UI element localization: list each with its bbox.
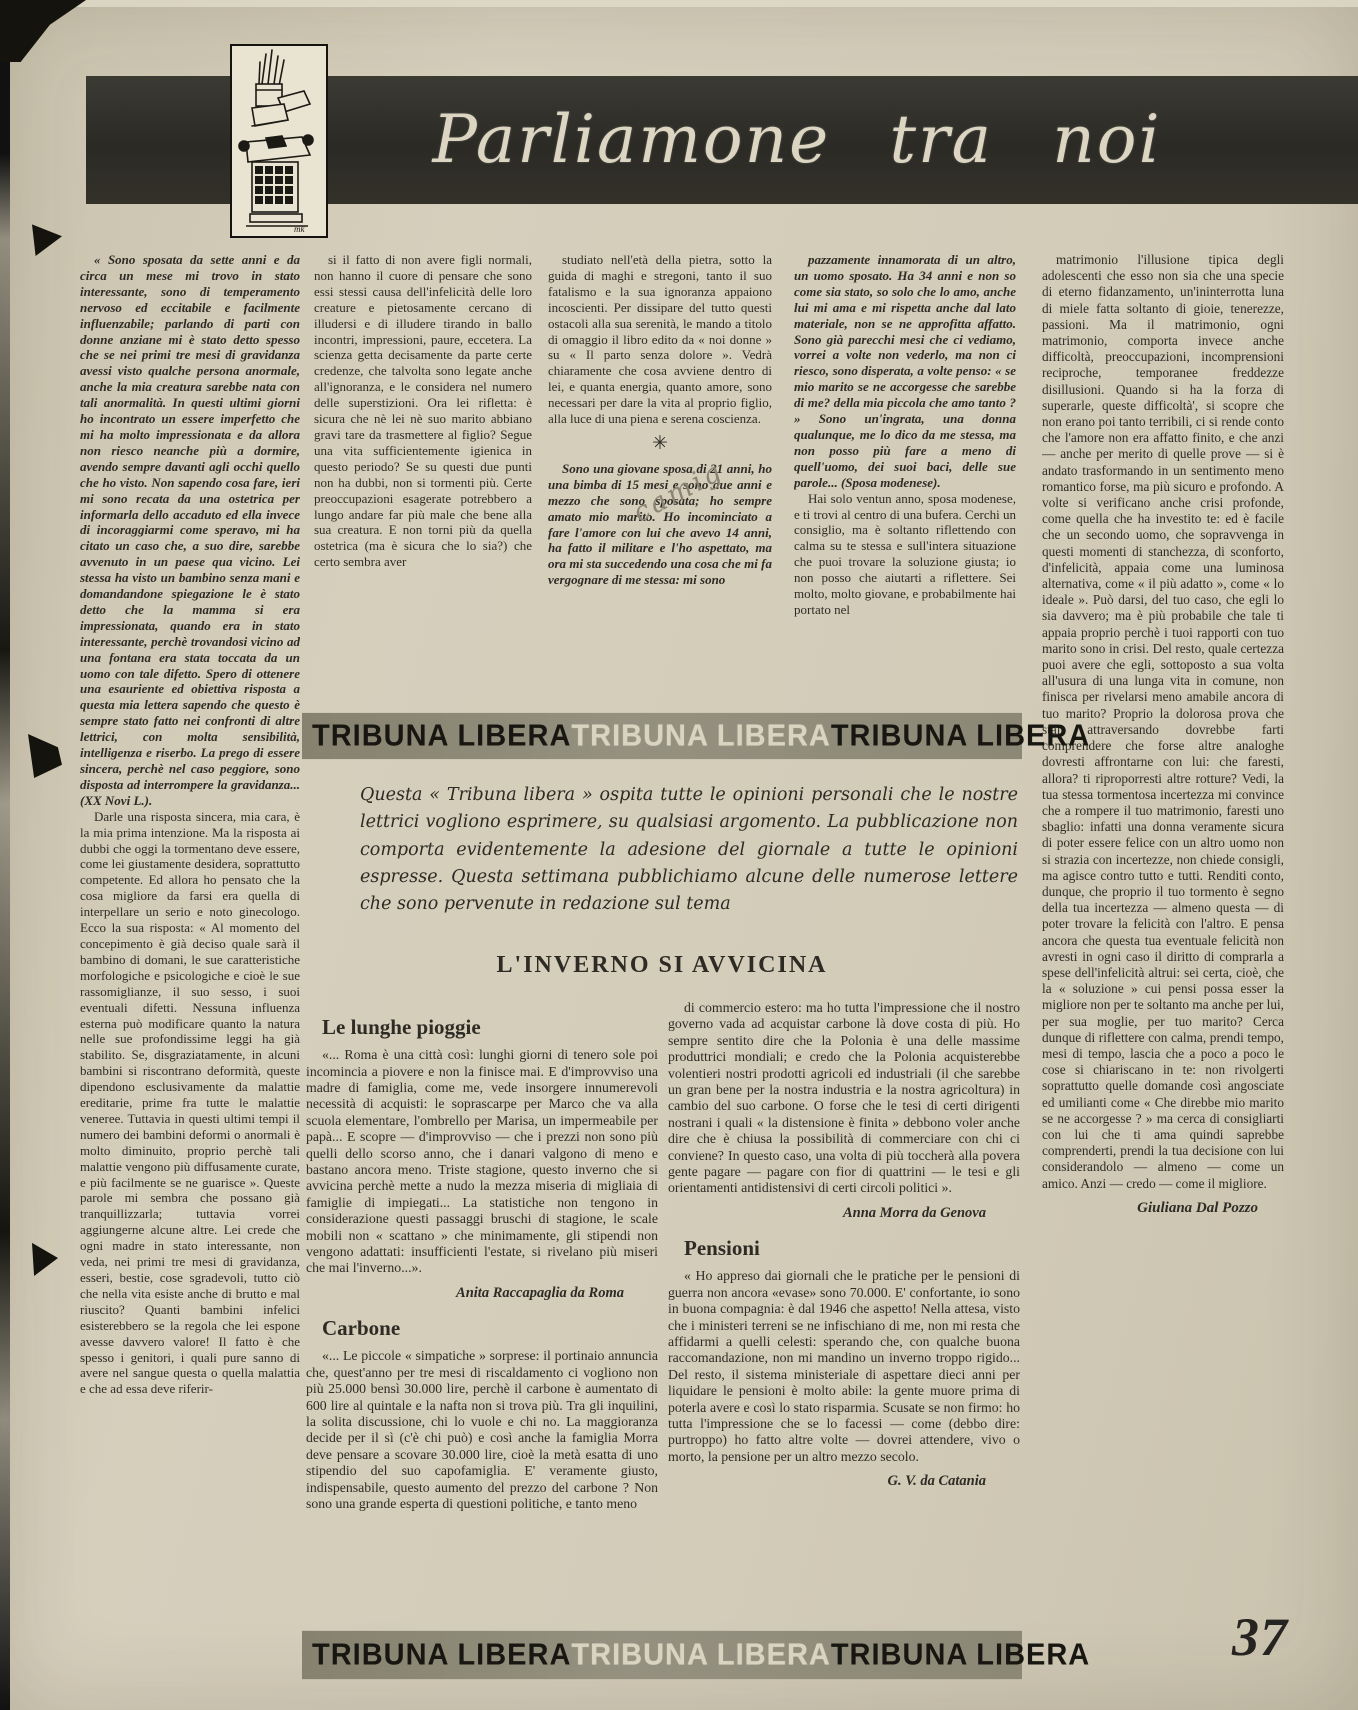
advice-column-1: « Sono sposata da sette anni e da circa … — [80, 252, 300, 1668]
signature: Giuliana Dal Pozzo — [1042, 1200, 1258, 1216]
artist-mark: mk — [294, 224, 305, 234]
tribuna-band-label: TRIBUNA LIBERA — [312, 719, 571, 754]
ink-blot — [32, 1240, 58, 1276]
typewriter-illustration: mk — [230, 44, 328, 238]
signature: Anna Morra da Genova — [668, 1205, 986, 1221]
tribuna-band-label: TRIBUNA LIBERA — [312, 1638, 571, 1673]
tribuna-band-label: TRIBUNA LIBERA — [831, 1638, 1090, 1673]
ink-blot — [32, 220, 62, 256]
paragraph: di commercio estero: ma ho tutta l'impre… — [668, 1000, 1020, 1197]
paragraph: «... Roma è una città così: lunghi giorn… — [306, 1047, 658, 1277]
letter-subheading: Pensioni — [668, 1237, 1020, 1260]
tribuna-libera-banner-top: TRIBUNA LIBERA TRIBUNA LIBERA TRIBUNA LI… — [302, 713, 1022, 759]
tribuna-intro-text: Questa « Tribuna libera » ospita tutte l… — [360, 782, 1018, 918]
paragraph: Hai solo ventun anno, sposa modenese, e … — [794, 491, 1016, 618]
paragraph: pazzamente innamorata di un altro, un uo… — [794, 252, 1016, 491]
page-number: 37 — [1232, 1606, 1288, 1668]
tribuna-band-label: TRIBUNA LIBERA — [831, 719, 1090, 754]
paper-top-edge — [0, 0, 1358, 7]
torn-corner-mark — [0, 0, 86, 62]
advice-column-4: pazzamente innamorata di un altro, un uo… — [794, 252, 1016, 718]
signature: Anita Raccapaglia da Roma — [306, 1285, 624, 1301]
paragraph: «... Le piccole « simpatiche » sorprese:… — [306, 1348, 658, 1512]
binding-edge — [0, 0, 10, 1710]
asterisk-divider: ✳ — [548, 436, 772, 452]
paragraph: studiato nell'età della pietra, sotto la… — [548, 252, 772, 427]
tribuna-section-heading: L'INVERNO SI AVVICINA — [302, 952, 1022, 979]
advice-column-5: matrimonio l'illusione tipica degli adol… — [1042, 252, 1284, 1552]
paragraph: Darle una risposta sincera, mia cara, è … — [80, 809, 300, 1398]
tribuna-left-column: Le lunghe pioggie«... Roma è una città c… — [306, 1000, 658, 1646]
typewriter-illustration-drawing: mk — [232, 46, 326, 236]
letter-subheading: Carbone — [306, 1317, 658, 1340]
signature: G. V. da Catania — [668, 1473, 986, 1489]
advice-column-2: si il fatto di non avere figli normali, … — [314, 252, 532, 718]
tribuna-right-column: di commercio estero: ma ho tutta l'impre… — [668, 1000, 1020, 1624]
tribuna-band-label: TRIBUNA LIBERA — [571, 719, 830, 754]
paragraph: si il fatto di non avere figli normali, … — [314, 252, 532, 570]
advice-column-3: studiato nell'età della pietra, sotto la… — [548, 252, 772, 718]
ink-blot — [28, 734, 62, 778]
paragraph: Sono una giovane sposa di 21 anni, ho un… — [548, 461, 772, 588]
paragraph: « Sono sposata da sette anni e da circa … — [80, 252, 300, 809]
letter-subheading: Le lunghe pioggie — [306, 1016, 658, 1039]
paragraph: « Ho appreso dai giornali che le pratich… — [668, 1268, 1020, 1465]
magazine-page: Parliamone tra noi — [0, 0, 1358, 1710]
tribuna-libera-banner-bottom: TRIBUNA LIBERA TRIBUNA LIBERA TRIBUNA LI… — [302, 1631, 1022, 1679]
tribuna-band-label: TRIBUNA LIBERA — [571, 1638, 830, 1673]
